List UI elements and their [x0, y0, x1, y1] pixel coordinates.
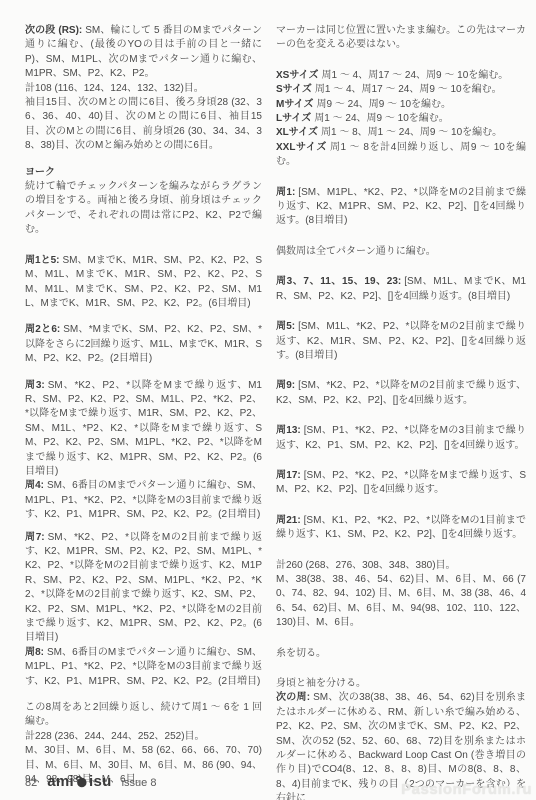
paragraph-text: 偶数周は全てパターン通りに編む。: [276, 246, 436, 257]
stitch-count-108: 計108 (116、124、124、132、132)目。: [25, 82, 262, 96]
size-line-l: Lサイズ周1 〜 24、周9 〜 10を編む。: [276, 112, 526, 126]
paragraph-text: 袖目15目、次のMとの間に6目、後ろ身頃28 (32、36、36、40、40)目…: [25, 97, 262, 151]
round-1-instruction: 周1:[SM、M1PL、*K2、P2、*以降をMの2目前まで繰り返す、K2、M1…: [276, 186, 526, 229]
paragraph-label: 周1:: [276, 187, 295, 198]
paragraph-text: SM、6番目のMまでパターン通りに編む、SM、M1PL、P1、*K2、P2、*以…: [25, 480, 262, 520]
size-label: Mサイズ: [276, 99, 314, 110]
paragraph-text: SM、*K2、P2、*以降をMの2目前まで繰り返す、K2、M1PR、SM、P2、…: [25, 532, 262, 644]
paragraph-text: [SM、K1、P2、*K2、P2、*以降をMの1目前まで繰り返す、K1、SM、P…: [276, 515, 526, 540]
round-13-instruction: 周13:[SM、P1、*K2、P2、*以降をMの3目前まで繰り返す、K2、P1、…: [276, 424, 526, 453]
logo-text-left: ami: [47, 773, 74, 790]
cut-yarn-note: 糸を切る。: [276, 647, 526, 661]
watermark-text: PassionForum.ru: [401, 781, 532, 798]
paragraph-label: 周5:: [276, 321, 295, 332]
paragraph-text: SM、*K2、P2、*以降をMまで繰り返す、M1R、SM、P2、K2、P2、SM…: [25, 380, 262, 477]
round-9-instruction: 周9:[SM、*K2、P2、*以降をMの2目前まで繰り返す、K2、SM、P2、K…: [276, 379, 526, 408]
round-8-instruction: 周8:SM、6番目のMまでパターン通りに編む、SM、M1PL、P1、*K2、P2…: [25, 646, 262, 689]
paragraph-label: 次の段 (RS):: [25, 25, 82, 36]
paragraph-text: 周1 〜 4、周17 〜 24、周9 〜 10を編む。: [322, 70, 509, 81]
scanned-pattern-page: 次の段 (RS):SM、輪にして 5 番目のMまでパターン通りに編む、(最後のY…: [0, 0, 536, 800]
size-line-xs: XSサイズ周1 〜 4、周17 〜 24、周9 〜 10を編む。: [276, 69, 526, 83]
text-columns: 次の段 (RS):SM、輪にして 5 番目のMまでパターン通りに編む、(最後のY…: [0, 0, 536, 800]
paragraph-label: 周7:: [25, 532, 45, 543]
round-3-instruction: 周3:SM、*K2、P2、*以降をMまで繰り返す、M1R、SM、P2、K2、P2…: [25, 379, 262, 480]
divide-body-sleeves-note: 身頃と袖を分ける。: [276, 677, 526, 691]
right-column: マーカーは同じ位置に置いたまま編む。この先はマーカーの色を変える必要はない。 X…: [276, 24, 526, 800]
paragraph-text: M、38(38、38、46、54、62)目、M、6目、M、66 (70、74、8…: [276, 574, 526, 628]
left-column: 次の段 (RS):SM、輪にして 5 番目のMまでパターン通りに編む、(最後のY…: [25, 24, 262, 800]
repeat-note: この8周をあと2回繰り返し、続けて周1 〜 6を 1 回編む。: [25, 701, 262, 730]
round-1-5-instruction: 周1と5:SM、MまでK、M1R、SM、P2、K2、P2、SM、M1L、MまでK…: [25, 254, 262, 312]
paragraph-label: 周3、7、11、15、19、23:: [276, 276, 401, 287]
size-line-xxl: XXLサイズ周1 〜 8を計4回繰り返し、周9 〜 10を編む。: [276, 141, 526, 170]
paragraph-text: 周1 〜 8、周1 〜 24、周9 〜 10を編む。: [321, 127, 502, 138]
paragraph-text: 続けて輪でチェックパターンを編みながらラグランの増目をする。両袖と後ろ身頃、前身…: [25, 181, 262, 235]
round-17-instruction: 周17:[SM、P2、*K2、P2、*以降をMまで繰り返す、SM、P2、K2、P…: [276, 469, 526, 498]
heading-text: ヨーク: [25, 167, 55, 178]
page-footer: 82 amiisu issue 8: [25, 773, 156, 790]
logo-text-right: isu: [89, 773, 112, 790]
size-line-m: Mサイズ周9 〜 24、周9 〜 10を編む。: [276, 98, 526, 112]
yoke-intro: 続けて輪でチェックパターンを編みながらラグランの増目をする。両袖と後ろ身頃、前身…: [25, 180, 262, 238]
paragraph-text: [SM、M1L、*K2、P2、*以降をMの2目前まで繰り返す、K2、M1R、SM…: [276, 321, 526, 361]
paragraph-text: SM、*MまでK、SM、P2、K2、P2、SM、*以降をさらに2回繰り返す、M1…: [25, 324, 262, 364]
paragraph-text: SM、6番目のMまでパターン通りに編む、SM、M1PL、P1、*K2、P2、*以…: [25, 647, 262, 687]
paragraph-label: 周8:: [25, 647, 44, 658]
section-heading-yoke: ヨーク: [25, 166, 262, 180]
rounds-3-23-instruction: 周3、7、11、15、19、23:[SM、M1L、MまでK、M1R、SM、P2、…: [276, 275, 526, 304]
stitch-count-260: 計260 (268、276、308、348、380)目。: [276, 559, 526, 573]
marker-count-note-2: M、38(38、38、46、54、62)目、M、6目、M、66 (70、74、8…: [276, 573, 526, 631]
marker-position-note: マーカーは同じ位置に置いたまま編む。この先はマーカーの色を変える必要はない。: [276, 24, 526, 53]
size-label: Sサイズ: [276, 84, 312, 95]
size-line-s: Sサイズ周1 〜 4、周17 〜 24、周9 〜 10を編む。: [276, 83, 526, 97]
paragraph-label: 周13:: [276, 425, 301, 436]
size-label: XSサイズ: [276, 70, 319, 81]
size-label: Lサイズ: [276, 113, 311, 124]
round-4-instruction: 周4:SM、6番目のMまでパターン通りに編む、SM、M1PL、P1、*K2、P2…: [25, 479, 262, 522]
paragraph-label: 次の周:: [276, 692, 310, 703]
yarn-ball-icon: [75, 775, 88, 788]
size-line-xl: XLサイズ周1 〜 8、周1 〜 24、周9 〜 10を編む。: [276, 126, 526, 140]
paragraph-label: 周1と5:: [25, 255, 59, 266]
instruction-next-row: 次の段 (RS):SM、輪にして 5 番目のMまでパターン通りに編む、(最後のY…: [25, 24, 262, 82]
paragraph-text: 周1 〜 4、周17 〜 24、周9 〜 10を編む。: [315, 84, 502, 95]
paragraph-label: 周9:: [276, 380, 295, 391]
paragraph-text: 周9 〜 24、周9 〜 10を編む。: [317, 99, 451, 110]
page-number: 82: [25, 777, 37, 789]
paragraph-text: 身頃と袖を分ける。: [276, 678, 366, 689]
paragraph-text: マーカーは同じ位置に置いたまま編む。この先はマーカーの色を変える必要はない。: [276, 25, 526, 50]
amirisu-logo: amiisu: [47, 773, 111, 790]
even-rounds-note: 偶数周は全てパターン通りに編む。: [276, 245, 526, 259]
paragraph-text: [SM、M1PL、*K2、P2、*以降をMの2目前まで繰り返す、K2、M1PR、…: [276, 187, 526, 227]
paragraph-text: 糸を切る。: [276, 648, 326, 659]
stitch-layout-note: 袖目15目、次のMとの間に6目、後ろ身頃28 (32、36、36、40、40)目…: [25, 96, 262, 154]
paragraph-text: 計260 (268、276、308、348、380)目。: [276, 560, 456, 571]
paragraph-text: [SM、*K2、P2、*以降をMの2目前まで繰り返す、K2、SM、P2、K2、P…: [276, 380, 526, 405]
paragraph-text: [SM、P1、*K2、P2、*以降をMの3目前まで繰り返す、K2、P1、SM、P…: [276, 425, 526, 450]
paragraph-label: 周2と6:: [25, 324, 60, 335]
round-2-6-instruction: 周2と6:SM、*MまでK、SM、P2、K2、P2、SM、*以降をさらに2回繰り…: [25, 323, 262, 366]
paragraph-text: SM、MまでK、M1R、SM、P2、K2、P2、SM、M1L、MまでK、M1R、…: [25, 255, 262, 309]
paragraph-label: 周3:: [25, 380, 45, 391]
paragraph-text: 周1 〜 24、周9 〜 10を編む。: [314, 113, 448, 124]
round-7-instruction: 周7:SM、*K2、P2、*以降をMの2目前まで繰り返す、K2、M1PR、SM、…: [25, 531, 262, 646]
round-21-instruction: 周21:[SM、K1、P2、*K2、P2、*以降をMの1目前まで繰り返す、K1、…: [276, 514, 526, 543]
paragraph-label: 周21:: [276, 515, 301, 526]
paragraph-text: 計108 (116、124、124、132、132)目。: [25, 83, 204, 94]
paragraph-text: 計228 (236、244、244、252、252)目。: [25, 731, 205, 742]
paragraph-label: 周4:: [25, 480, 44, 491]
issue-label: issue 8: [122, 777, 157, 789]
paragraph-label: 周17:: [276, 470, 301, 481]
paragraph-text: [SM、P2、*K2、P2、*以降をMまで繰り返す、SM、P2、K2、P2]、[…: [276, 470, 526, 495]
size-label: XLサイズ: [276, 127, 318, 138]
paragraph-text: この8周をあと2回繰り返し、続けて周1 〜 6を 1 回編む。: [25, 702, 262, 727]
stitch-count-228: 計228 (236、244、244、252、252)目。: [25, 730, 262, 744]
size-label: XXLサイズ: [276, 142, 327, 153]
round-5-instruction: 周5:[SM、M1L、*K2、P2、*以降をMの2目前まで繰り返す、K2、M1R…: [276, 320, 526, 363]
